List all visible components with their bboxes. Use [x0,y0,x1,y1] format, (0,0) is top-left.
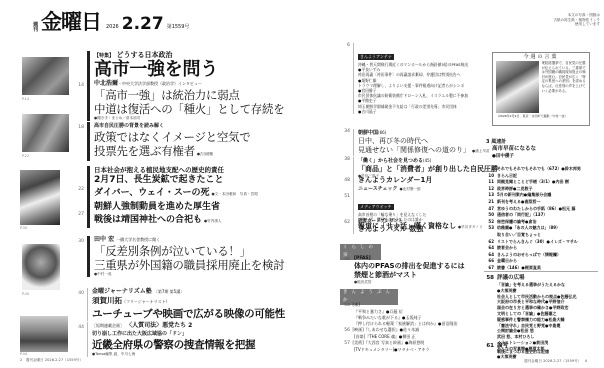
article-calendar[interactable]: きんようカレンダー1月 ニュースチェック●北村肇一郎 [353,176,432,193]
serial-tag: ［短期連載企画］ [92,323,124,328]
photo-caption: P.14 [22,97,29,101]
masthead: 週刊 金曜日 2026 2.27 第1559号 [33,12,189,33]
opinion-block[interactable]: 58評議の広場 「言論」を考える選挙がうたえるかな ●大塚英樹 社会人として市民… [484,275,602,352]
article-byline: ●竹内康人 [204,219,222,223]
footer-left: 2 週刊金曜日 2026.2.27（1559号） [20,358,83,363]
article-kicker: 田中 宏 [94,236,114,243]
antenna-block[interactable]: きんようアンテナ 沖縄・普天間飛行場近くのマンホールから指針値5倍のPFAS検出… [353,43,468,114]
article-pfas[interactable]: [PFAS] 体内のPFASの排出を促進するには 禁煙と節酒がマスト ●植田武智 [354,256,465,285]
article-title: ユーチューブや映画で広がる映像の可能性 [92,307,285,321]
column-row[interactable]: 62リストでらんきんぐ（30）●イレズ・マサル [484,239,602,246]
photo-caption: P.30 [20,226,27,230]
speaker-name: 須賀川拓 [92,296,122,305]
article-kicker-sub: (45) [423,158,431,163]
issue-year: 2026 [106,24,119,30]
article-byline: ●Tansa編集 渡、中川七海 [92,352,255,357]
antenna-tag: きんようアンテナ [358,54,394,60]
page-number: 30 [74,239,84,244]
page-number: 44 [74,325,84,330]
article-title-line: 戦後は靖国神社への合祀も [94,215,202,225]
column-row[interactable]: 64読者会から [484,245,602,252]
bunka-item[interactable]: [美術]『大西宮 写真と絵画』●海原悠明 [353,340,425,345]
article-title-line: 中道は復活への「種火」として存続を [94,102,284,116]
column-row[interactable]: 50通信者の「同行記」（137） [484,212,602,219]
article-title-line: 2月7日、長生炭鉱で起きたこと [94,174,258,187]
article-title-line: 高市早苗になるな [486,146,536,153]
article-title: 近畿全府県の警察の捜査情報を把握 [92,338,255,352]
article-wind-speed[interactable]: 3 風速計 高市早苗になるな ●田中優子 [486,139,536,160]
column-row[interactable]: 53幼稚園●「あの人の魅力は」（89） [484,225,602,232]
page-number: 6 [340,43,350,48]
article-byline: ●田中優子 [486,153,536,160]
article-kicker-sub: ・中央大学法学部教授（政治学）インタビュー [118,81,202,86]
article-kicker-sub: (66) [378,130,386,135]
footer-text: 週刊金曜日 2026.2.27（1559号） [524,359,581,363]
print-notice: 本文の写真・図版は 古紙の再生紙・植物性インク 使用しています [520,13,600,27]
column-row[interactable]: 64きんようのおせらっぱで（情報欄） [484,252,602,259]
issue-date: 2.27 [122,16,164,33]
issue-number: 第1559号 [167,23,190,30]
column-row[interactable]: 21新刊を考える●高梨哲一 [484,199,602,206]
page-number: 27 [74,212,84,217]
article-title-line: 見通せない「関係修復への道のり」 [358,146,470,154]
opinion-title: 評議の広場 [497,275,525,281]
colonial-kicker: 日本社会が抱える植民地支配への歴史的責任 [94,166,258,174]
article-byline: ●北村肇一郎 [400,187,421,191]
bunka-item[interactable]: [本] [353,302,360,307]
article-serial[interactable]: ［短期連載企画］ 〈人質司法〉悪党たち 2 切り崩し工作に出た大阪広域協の「ドン… [87,322,255,357]
article-title-line: 政策ではなくイメージと空気で [94,130,250,144]
article-nakakita[interactable]: 中北浩爾・中央大学法学部教授（政治学）インタビュー 「高市一強」は統治力に弱点 … [87,80,284,121]
column-row[interactable]: 10きらん日記 [484,173,602,180]
article-byline: ●古谷経衡 [197,152,213,156]
antenna-item: 袴田再審〔袴田事件〕の再審請求棄却、弁護団は特別抗告へ [358,72,468,77]
article-title-line: きんようパズル 数独 [358,225,423,234]
article-title-line: 体内のPFASの排出を促進するには [354,262,465,271]
article-title-line: 日中、再び冬の時代へ [358,137,490,146]
column-row[interactable]: 11両親見聞とことど手帳（3/1）●内田 樹 [484,179,602,186]
page-number: 38 [340,157,350,162]
footer-right: 週刊金曜日 2026.2.27（1559号） 4 [524,359,587,364]
article-title-line: 「反差別条例が泣いている！」 [94,244,284,258]
column-row[interactable]: 52秘密保護の論考●倉治 [484,219,602,226]
regular-columns-list: 2それでもそれでもそれでも（672）●鈴木邦男 10きらん日記 11両親見聞とこ… [484,166,602,272]
page-number: 48 [340,178,350,183]
essay-rows: 戦後にまつわる歴史的な記憶 ●大塚英樹 [497,349,602,359]
feature-kicker: どうする日本政治 [116,51,172,59]
photo-caption: P.22 [22,154,29,158]
weekly-words-title: 今週の言葉 [493,53,589,61]
article-byline: ●聞き手・まとめ／倉本裕司 [94,116,284,121]
footer-text: 週刊金曜日 2026.2.27（1559号） [26,358,83,362]
photo-caption: P.44 [20,352,27,356]
article-takaichi-election[interactable]: 高市自民圧勝の背景を読み解く 政策ではなくイメージと空気で 投票先を選ぶ有権者●… [87,122,250,161]
page-number: 3 [486,139,489,145]
bunka-item[interactable]: [映画]『しあわせな選択』●佐々木誠 [353,327,420,332]
page-number: 51 [340,194,350,199]
bunka-item[interactable]: [TVドキュメンタリー]●ワタナベ・アキラ [340,347,458,353]
divider [484,271,598,272]
article-kicker: 中北浩爾 [94,80,118,87]
weekly-words-box[interactable]: 今週の言葉 衆院総選挙で、自民党の圧勝が伝えられている。三重県では外国籍の職員採… [492,52,590,126]
photo-p44 [20,316,68,352]
article-title-line: 朝鮮人強制動員を進めた厚生省 [94,201,258,214]
photo-p40 [22,244,60,290]
page-number: 62 [340,220,350,225]
article-title-line: 投票先を選ぶ有権者 [94,144,195,158]
article-byline: ●文・本田雅和 写真・宮岡 [211,192,257,196]
article-title-line: ダイバー、ウェイ・スーの死 [94,188,209,198]
weekly-words-photo [496,61,539,113]
article-kicker: 風速計 [491,139,506,145]
page-number: 34 [340,129,350,134]
page-number: 18 [74,125,84,130]
column-row[interactable]: 取り合い／目覚ちょっと [484,232,602,239]
page-number: 40 [74,291,84,296]
weekly-words-text: 衆院総選挙で、自民党の圧勝が伝えられている。三重県では外国籍の職員採用廃止の検討… [542,61,586,113]
article-kicker-sub: 〔第7期 第5講〕 [154,289,184,294]
article-title-line: 「商品」と「消費者」が創り出した自民圧勝 [358,165,498,174]
page-folio: 2 [20,358,22,362]
article-kicker: 朝鮮中国 [358,130,378,136]
photo-p30 [20,170,60,225]
feature-title: 高市一強を問う [94,60,218,80]
bunka-list: 54 [本] 『平和と暴力さ』●兵藤 衍 『戦争みたいな歌が下る』●玉坂純子 『… [340,302,458,353]
article-byline: ●中村一成 [94,272,284,277]
antenna-byline: ●古川晶子 [358,109,468,114]
page-number: 36 [340,257,350,262]
masthead-prefix: 週刊 [33,23,40,33]
photo-p14 [22,57,69,95]
article-tanaka[interactable]: 田中 宏 一橋大学名誉教授に聞く 「反差別条例が泣いている！」 三重県が外国籍の… [87,236,284,277]
column-row[interactable]: 2それでもそれでもそれでも（672）●鈴木邦男 [484,166,602,173]
page-folio: 4 [585,359,587,363]
article-puzzle[interactable]: 読者カードプレゼント きんようパズル 数独 [353,219,423,234]
magazine-title: 金曜日 [41,12,101,33]
article-subtitle: ニュースチェック [358,186,398,192]
photo-caption: P.40 [22,292,29,296]
article-title-line: 禁煙と節酒がマスト [354,271,465,280]
page-number: 58 [484,275,494,282]
page-number: 54 [340,303,350,309]
page-number: 61 [484,343,494,350]
colonial-block[interactable]: 日本社会が抱える植民地支配への歴史的責任 2月7日、長生炭鉱で起きたこと ダイバ… [87,166,258,228]
speaker-title: （フリージャーナリスト） [122,299,170,304]
weekly-words-caption: （2026年2月9日、東京・永田町で撮影／中村一成） [493,113,589,120]
column-row[interactable]: 12政界時評●二見敦子 [484,186,602,193]
article-kicker: 「働く」から社会を見つめる [358,158,423,164]
page-number: 14 [74,83,84,88]
article-byline: ●早川タダノリ [458,225,482,229]
column-row[interactable]: 66金曜日から [484,258,602,265]
article-subtitle: 切り崩し工作に出た大阪広域協の「ドン」 [92,330,255,338]
article-title-line: きんようカレンダー1月 [358,176,432,185]
article-journalism-school[interactable]: 金曜ジャーナリズム塾 〔第7期 第5講〕 須賀川拓（フリージャーナリスト） ユー… [87,288,285,321]
article-china[interactable]: 朝鮮中国(66) 日中、再び冬の時代へ 見通せない「関係修復への道のり」●浦上早… [353,129,490,156]
article-title-line: 三重県が外国籍の職員採用廃止を検討 [94,258,284,272]
article-kicker-sub: 一橋大学名誉教授に聞く [116,237,160,242]
article-kicker: 金曜ジャーナリズム塾 [92,288,152,295]
article-kicker: 高市自民圧勝の背景を読み解く [94,122,250,130]
article-kicker: 〈人質司法〉悪党たち 2 [126,322,192,329]
feature-block[interactable]: 【特集】 どうする日本政治 高市一強を問う [87,51,218,80]
page-number: 22 [74,187,84,192]
article-title-line: 「高市一強」は統治力に弱点 [94,88,284,102]
notice-line: 使用しています [520,22,600,27]
media-watch-tag: メディアウオッチ [358,204,394,210]
page-number: 56 [340,328,350,334]
article-byline: ●植田武智 [354,280,465,285]
page-number: 57 [340,341,350,347]
column-row[interactable]: 135月の新刊案内●編集部分会議 [484,192,602,199]
photo-p22 [22,114,69,152]
column-row[interactable]: 47宮ゆうのわたしからの手紙（86）●松元 蕗 [484,206,602,213]
